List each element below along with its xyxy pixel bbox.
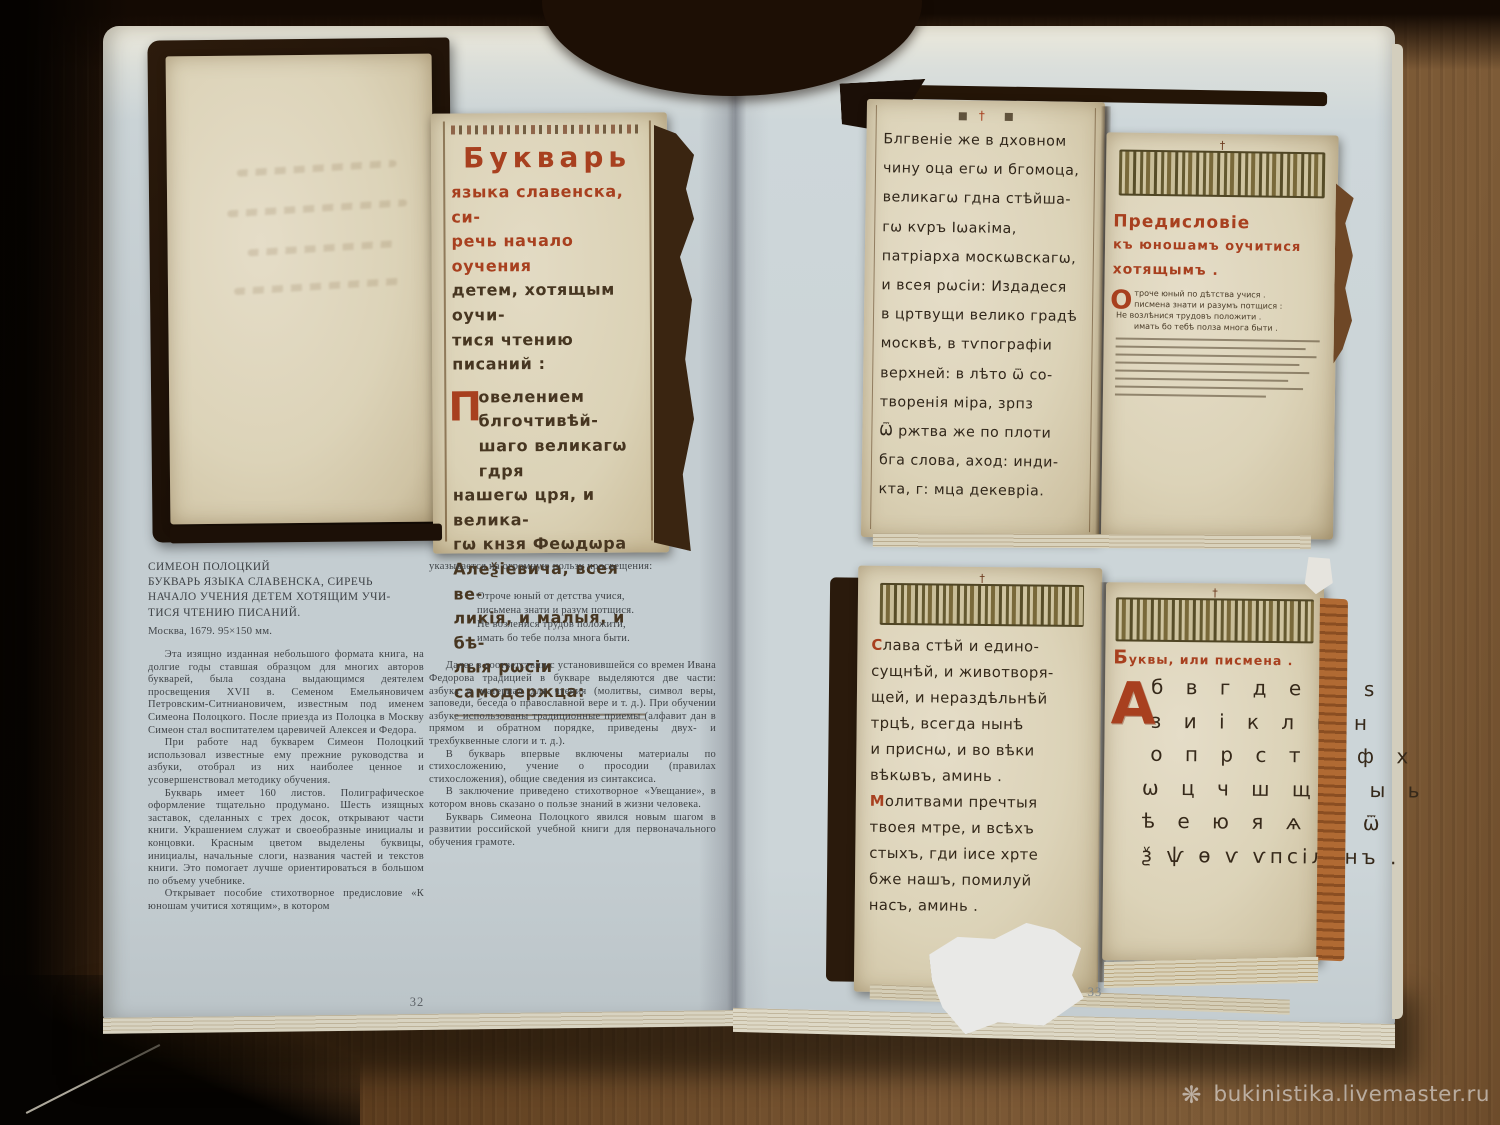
text-area: † Предисловіе къ юношамъ оучитися хотящы… — [1109, 138, 1330, 531]
woodcut-headpiece — [1119, 150, 1326, 199]
fore-edge — [1316, 598, 1348, 961]
ornament-row — [451, 125, 643, 135]
text-area: † Слава стѣй и едино- сущнѣй, и животвор… — [868, 572, 1092, 984]
plate2-line: и всея рѡсіи: Издадеся — [881, 271, 1085, 303]
page-block-edge-side — [1392, 44, 1403, 1019]
plate-bukvar-titlepage: Букварь языка славенска, си- речь начало… — [148, 33, 694, 551]
caption-author: СИМЕОН ПОЛОЦКИЙ — [148, 560, 426, 575]
woodcut-headpiece — [880, 583, 1084, 627]
faint-text-line — [1115, 393, 1266, 397]
text-area: † Буквы, или писмена . А б в г д е ж ѕ з… — [1110, 586, 1316, 956]
plate1-title: Букварь — [451, 141, 643, 175]
verse-line: Не возленися трудов положити, — [477, 618, 716, 632]
plate2-line: великагѡ гдна стѣйша- — [882, 184, 1086, 216]
plate1-line: языка славенска, си- — [451, 180, 643, 230]
plate3-line: вѣкѡвъ, аминь . — [870, 763, 1090, 791]
cover-bottom-edge — [170, 524, 442, 544]
paragraph: При работе над букварем Симеон Полоцкий … — [148, 737, 424, 787]
ornament-square — [1005, 112, 1013, 120]
alphabet-row: ѯ ѱ ѳ ѵ ѵпсілонъ . — [1111, 838, 1313, 874]
photo-of-open-book: Букварь языка славенска, си- речь начало… — [0, 0, 1500, 1125]
plate2-line: кта, г: мца декевріа. — [878, 476, 1082, 508]
book-gutter — [699, 26, 769, 1026]
woodcut-headpiece — [1116, 597, 1314, 643]
handwriting-showthrough — [227, 199, 407, 217]
handwriting-showthrough — [237, 160, 397, 177]
article-column-2: указывается на огромную пользу просвещен… — [429, 561, 716, 849]
text-frame: † Блгвеніе же в дховном чину оца егѡ и б… — [870, 105, 1096, 532]
plate3-line: щей, и нераздѣльнѣй — [871, 685, 1091, 713]
plate3-line: Слава стѣй и едино- — [871, 633, 1091, 661]
alphabet-caption: Буквы, или писмена . — [1113, 646, 1315, 670]
old-book-blank-flyleaf — [166, 54, 437, 525]
verse-line: имать бо тебѣ полза многа быти . — [1112, 320, 1328, 334]
torn-leather-edge — [654, 125, 694, 551]
plate3-line: насъ, аминь . — [869, 893, 1089, 921]
page-number-33: 33 — [1072, 985, 1118, 1000]
page-number-32: 32 — [394, 995, 440, 1010]
torn-leather-edge — [1333, 184, 1354, 364]
handwriting-showthrough — [234, 277, 404, 295]
verse-line: имать бо тебе полза многа быти. — [477, 632, 716, 646]
plate2-line: чину оца егѡ и бгомоца, — [883, 154, 1087, 186]
verse-line: письмена знати и разум потщися. — [477, 604, 716, 618]
page-block-edge — [873, 533, 1311, 549]
plate-alphabet-spread: † Слава стѣй и едино- сущнѣй, и животвор… — [814, 549, 1349, 1023]
plate1-line: детем, хотящым оучи- — [452, 278, 644, 328]
plate2-line: бга слова, аход: инди- — [879, 446, 1083, 478]
red-initial: Б — [1113, 646, 1129, 668]
plate3-line: Молитвами пречтыя — [870, 789, 1090, 817]
plate3-line: стыхъ, гди іисе хрте — [869, 841, 1089, 869]
plate2-line: гѡ кѵръ Іѡакіма, — [882, 213, 1086, 245]
faint-text-line — [1116, 345, 1306, 350]
article-column-1: Эта изящно изданная небольшого формата к… — [148, 649, 424, 913]
alphabet-right-page: † Буквы, или писмена . А б в г д е ж ѕ з… — [1102, 582, 1324, 962]
paragraph: Букварь Симеона Полоцкого явился новым ш… — [429, 812, 716, 850]
paragraph: Открывает пособие стихотворное предислов… — [148, 888, 424, 913]
plate2-line: творенія міра, зрпз — [880, 388, 1084, 420]
plate3-line: твоея мтре, и всѣхъ — [869, 815, 1089, 843]
verse-quote: Отроче юный от детства учися, письмена з… — [429, 590, 716, 647]
plate1-line: тися чтению писаний : — [452, 327, 644, 377]
alphabet-row: о п р с т у ф х — [1112, 737, 1314, 773]
blessing-left-page: † Блгвеніе же в дховном чину оца егѡ и б… — [861, 99, 1105, 540]
plate1-line: речь начало оучения — [451, 229, 643, 279]
caption-title: ТИСЯ ЧТЕНИЮ ПИСАНИЙ. — [148, 606, 426, 621]
text-frame: Букварь языка славенска, си- речь начало… — [443, 120, 653, 541]
old-book-title-page: Букварь языка славенска, си- речь начало… — [431, 112, 669, 553]
plate2-line: москвѣ, в тѵпографіи — [880, 330, 1084, 362]
plate3-line: трцѣ, всегда нынѣ — [871, 711, 1091, 739]
alphabet-row: ѣ е ю я ѧ ѡ ѿ — [1111, 804, 1313, 840]
alphabet-table: А б в г д е ж ѕ з и і к л м н о п р с т … — [1111, 670, 1315, 873]
plate3-line: и приснѡ, и во вѣки — [870, 737, 1090, 765]
red-initial: С — [871, 637, 882, 654]
faint-text-line — [1115, 377, 1288, 381]
plate3-line: сущнѣй, и животворя- — [871, 659, 1091, 687]
plate-caption: СИМЕОН ПОЛОЦКИЙ БУКВАРЬ ЯЗЫКА СЛАВЕНСКА,… — [148, 560, 426, 637]
page-block-edge — [1104, 957, 1318, 988]
plate2-line: Ѿ ржтва же по плоти — [879, 417, 1083, 449]
plate1-line: гѡ кнзя Феѡдѡра — [453, 532, 645, 558]
verse-line: Отроче юный от детства учися, — [477, 590, 716, 604]
faint-text-line — [1115, 369, 1309, 374]
rosette-star-icon: ❋ — [1181, 1083, 1201, 1107]
plate1-line: шаго великагѡ гдря — [453, 433, 645, 483]
paragraph: Эта изящно изданная небольшого формата к… — [148, 649, 424, 737]
ornament-square — [959, 112, 967, 120]
faint-text-line — [1116, 337, 1320, 342]
preface-title-line: Предисловіе — [1113, 209, 1329, 236]
caption-title: БУКВАРЬ ЯЗЫКА СЛАВЕНСКА, СИРЕЧЬ — [148, 575, 426, 590]
drop-cap: О — [1110, 287, 1132, 313]
faint-text-line — [1115, 353, 1316, 358]
ornate-initial: А — [1111, 674, 1156, 732]
doxology-left-page: † Слава стѣй и едино- сущнѣй, и животвор… — [854, 566, 1102, 995]
plate2-line: патріарха москѡвскагѡ, — [882, 242, 1086, 274]
handwriting-showthrough — [248, 240, 398, 256]
plate-blessing-spread: † Блгвеніе же в дховном чину оца егѡ и б… — [809, 80, 1356, 557]
cross-ornament-icon: † — [979, 109, 993, 123]
preface-title-line: къ юношамъ оучитися — [1113, 233, 1329, 260]
paragraph: В букварь впервые включены материалы по … — [429, 749, 716, 787]
plate3-line: бже нашъ, помилуй — [869, 867, 1089, 895]
plate2-line: Блгвеніе же в дховном — [883, 125, 1087, 157]
plate1-line: овелением блгочтивѣй- — [452, 384, 644, 434]
watermark-text: bukinistika.livemaster.ru — [1213, 1082, 1490, 1107]
preface-title-line: хотящымъ . — [1113, 257, 1329, 284]
caption-title: НАЧАЛО УЧЕНИЯ ДЕТЕМ ХОТЯЩИМ УЧИ- — [148, 590, 426, 605]
preface-verse: О троче юный по дѣтства учися . писмена … — [1111, 287, 1328, 398]
preface-right-page: † Предисловіе къ юношамъ оучитися хотящы… — [1101, 132, 1339, 539]
plate2-line: в цртвущи велико градѣ — [881, 300, 1085, 332]
paragraph: Далее в соответствии с установившейся со… — [429, 660, 716, 748]
watermark: ❋ bukinistika.livemaster.ru — [1181, 1082, 1490, 1107]
paragraph: В заключение приведено стихотворное «Уве… — [429, 786, 716, 811]
red-initial: М — [870, 793, 885, 810]
plate2-line: верхней: в лѣто ѿ со- — [880, 359, 1084, 391]
paragraph: Букварь имеет 160 листов. Полиграфическо… — [148, 788, 424, 889]
paragraph: указывается на огромную пользу просвещен… — [429, 561, 716, 574]
caption-imprint: Москва, 1679. 95×150 мм. — [148, 625, 426, 637]
faint-text-line — [1115, 385, 1303, 390]
faint-text-line — [1115, 361, 1299, 366]
plate1-line: нашегѡ цря, и велика- — [453, 483, 645, 533]
alphabet-row: ѡ ц ч ш щ ъ ы ь — [1112, 771, 1314, 807]
